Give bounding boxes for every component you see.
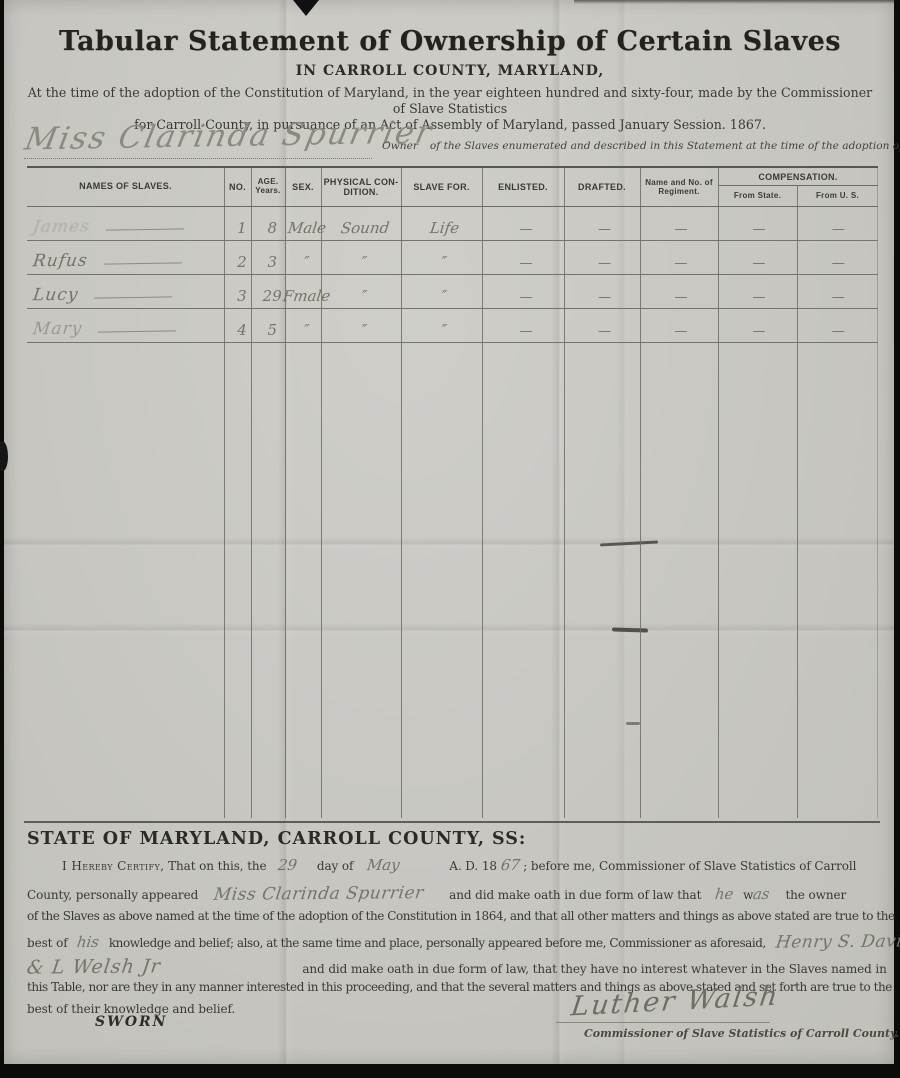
cell-enlisted: — (485, 324, 566, 342)
header-from-us: From U. S. (797, 191, 878, 200)
cell-regiment: — (642, 222, 719, 240)
line4-bestof: best of (27, 936, 68, 950)
certify-smallcaps: I Hereby Certify, (62, 859, 164, 873)
line2-owner: the owner (785, 888, 846, 902)
handwritten-year: 67 (499, 856, 520, 874)
section-divider-rule (24, 821, 880, 823)
cell-name: Lucy (27, 285, 229, 308)
table-row: James 1 8 Male Sound Life — — — — — (27, 206, 878, 241)
certification-line-4: best of his knowledge and belief; also, … (27, 932, 900, 952)
handwritten-month: May (366, 856, 401, 874)
header-names: NAMES OF SLAVES. (27, 181, 224, 191)
header-regiment-line1: Name and No. of (640, 178, 718, 187)
handwritten-appeared-name: Miss Clarinda Spurrier (212, 883, 424, 905)
cell-condition: ″ (325, 253, 404, 274)
cell-age: 8 (255, 219, 289, 240)
certification-line-1: I Hereby Certify, That on this, the 29 d… (62, 856, 856, 874)
cell-from-us: — (798, 256, 878, 274)
cell-regiment: — (642, 290, 719, 308)
handwritten-witness1: Henry S. Davis (774, 931, 900, 952)
signature-line (556, 1022, 770, 1023)
pen-dash (104, 262, 182, 264)
cell-slave-for: ″ (405, 287, 485, 308)
cell-slave-for: ″ (404, 253, 484, 274)
owner-label: Owner (382, 140, 418, 152)
sworn-label: SWORN (95, 1014, 167, 1030)
header-regiment: Name and No. of Regiment. (640, 178, 718, 196)
cell-no: 2 (229, 253, 256, 274)
cell-drafted: — (566, 256, 641, 274)
header-regiment-line2: Regiment. (640, 187, 718, 196)
cell-name: James (27, 217, 229, 240)
owner-handwritten-name: Miss Clarinda Spurrier (22, 114, 437, 157)
cell-from-state: — (719, 290, 797, 308)
cell-sex: Fmale (289, 287, 325, 308)
handwritten-witness2: & L Welsh Jr (25, 955, 162, 978)
cell-regiment: — (642, 256, 719, 274)
cell-drafted: — (566, 290, 641, 308)
header-condition-line2: DITION. (321, 187, 401, 197)
line2-printed-a: County, personally appeared (27, 888, 198, 902)
fold-notch-mark (293, 0, 319, 16)
certification-line-2: County, personally appeared Miss Clarind… (27, 884, 846, 904)
document-title: Tabular Statement of Ownership of Certai… (0, 26, 900, 57)
cell-no: 4 (229, 321, 256, 342)
header-age-line1: AGE. (251, 177, 285, 186)
cell-slave-for: ″ (404, 321, 484, 342)
compensation-divider-line (718, 185, 878, 186)
certification-line-5: & L Welsh Jr and did make oath in due fo… (27, 956, 887, 978)
handwritten-day: 29 (277, 856, 298, 874)
cell-condition: ″ (325, 287, 404, 308)
cell-name: Rufus (27, 251, 229, 274)
cell-slave-for: Life (405, 219, 485, 240)
cell-sex: ″ (289, 253, 325, 274)
line1-beforeme: ; before me, Commissioner of Slave Stati… (523, 859, 856, 873)
cell-enlisted: — (485, 222, 566, 240)
cell-from-us: — (798, 222, 878, 240)
line2-printed-b: and did make oath in due form of law tha… (449, 888, 701, 902)
table-row: Mary 4 5 ″ ″ ″ — — — — — (27, 308, 878, 343)
signature-title: Commissioner of Slave Statistics of Carr… (584, 1027, 899, 1040)
line1-dayof: day of (317, 859, 354, 873)
scanned-document-page: Tabular Statement of Ownership of Certai… (0, 0, 900, 1078)
cell-from-state: — (719, 256, 797, 274)
header-condition-line1: PHYSICAL CON- (321, 177, 401, 187)
header-age: AGE. Years. (251, 177, 285, 195)
certification-heading: STATE OF MARYLAND, CARROLL COUNTY, SS: (27, 829, 526, 849)
cell-sex: ″ (289, 321, 325, 342)
cell-enlisted: — (485, 290, 566, 308)
header-no: NO. (224, 182, 251, 192)
line5-printed: and did make oath in due form of law, th… (302, 962, 886, 976)
cell-sex: Male (289, 219, 325, 240)
cell-name: Mary (27, 319, 229, 342)
pen-dash (106, 228, 184, 230)
line4-printed: knowledge and belief; also, at the same … (109, 936, 766, 950)
header-enlisted: ENLISTED. (482, 182, 564, 192)
cell-from-state: — (719, 222, 797, 240)
table-row: Lucy 3 29 Fmale ″ ″ — — — — — (27, 274, 878, 309)
cell-regiment: — (642, 324, 719, 342)
statement-table: NAMES OF SLAVES. NO. AGE. Years. SEX. PH… (27, 166, 878, 818)
header-from-state: From State. (718, 191, 797, 200)
handwritten-suffix: as (752, 885, 771, 903)
handwritten-his: his (76, 933, 100, 951)
pen-dash (94, 296, 172, 298)
certification-line-3: of the Slaves as above named at the time… (27, 909, 895, 923)
county-subtitle: IN CARROLL COUNTY, MARYLAND, (0, 63, 900, 79)
cell-condition: ″ (325, 321, 404, 342)
preamble-line-1: At the time of the adoption of the Const… (20, 85, 880, 117)
table-row: Rufus 2 3 ″ ″ ″ — — — — — (27, 240, 878, 275)
cell-from-us: — (798, 324, 878, 342)
header-sex: SEX. (285, 182, 321, 192)
cell-no: 3 (229, 287, 256, 308)
cell-drafted: — (566, 324, 641, 342)
cell-age: 5 (255, 321, 289, 342)
cell-condition: Sound (325, 219, 404, 240)
handwritten-pronoun: he (714, 885, 735, 903)
header-slave-for: SLAVE FOR. (401, 182, 482, 192)
owner-clause: Ownerof the Slaves enumerated and descri… (382, 140, 900, 152)
header-age-line2: Years. (251, 186, 285, 195)
header-drafted: DRAFTED. (564, 182, 640, 192)
cell-no: 1 (229, 219, 256, 240)
line1-ad18: A. D. 18 (449, 859, 497, 873)
owner-clause-text: of the Slaves enumerated and described i… (430, 140, 900, 152)
line1-printed: That on this, the (168, 859, 266, 873)
cell-from-state: — (719, 324, 797, 342)
header-compensation: COMPENSATION. (718, 172, 878, 182)
cell-age: 3 (255, 253, 289, 274)
cell-from-us: — (798, 290, 878, 308)
owner-name-rule (24, 158, 372, 159)
cell-drafted: — (566, 222, 641, 240)
pen-dash (98, 330, 176, 332)
header-condition: PHYSICAL CON- DITION. (321, 177, 401, 197)
cell-enlisted: — (485, 256, 566, 274)
